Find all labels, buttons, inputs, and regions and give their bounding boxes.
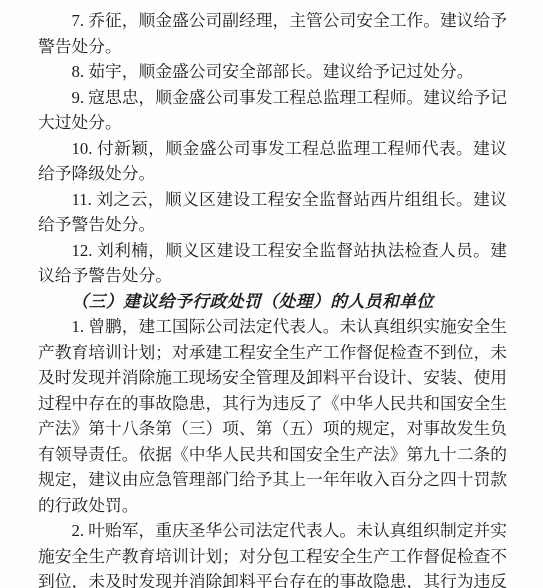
disciplinary-item-10: 10. 付新颖，顺金盛公司事发工程总监理工程师代表。建议给予降级处分。 — [38, 136, 507, 187]
disciplinary-item-7: 7. 乔征，顺金盛公司副经理，主管公司安全工作。建议给予警告处分。 — [38, 8, 507, 59]
penalty-item-1: 1. 曾鹏，建工国际公司法定代表人。未认真组织实施安全生产教育培训计划；对承建工… — [38, 314, 507, 518]
disciplinary-item-9: 9. 寇思忠，顺金盛公司事发工程总监理工程师。建议给予记大过处分。 — [38, 85, 507, 136]
disciplinary-item-11: 11. 刘之云，顺义区建设工程安全监督站西片组组长。建议给予警告处分。 — [38, 187, 507, 238]
penalty-item-2: 2. 叶贻军，重庆圣华公司法定代表人。未认真组织制定并实施安全生产教育培训计划；… — [38, 518, 507, 588]
section-heading-three: （三）建议给予行政处罚（处理）的人员和单位 — [38, 289, 507, 315]
disciplinary-item-8: 8. 茹宇，顺金盛公司安全部部长。建议给予记过处分。 — [38, 59, 507, 85]
disciplinary-item-12: 12. 刘利楠，顺义区建设工程安全监督站执法检查人员。建议给予警告处分。 — [38, 238, 507, 289]
document-page: 7. 乔征，顺金盛公司副经理，主管公司安全工作。建议给予警告处分。 8. 茹宇，… — [0, 0, 543, 588]
